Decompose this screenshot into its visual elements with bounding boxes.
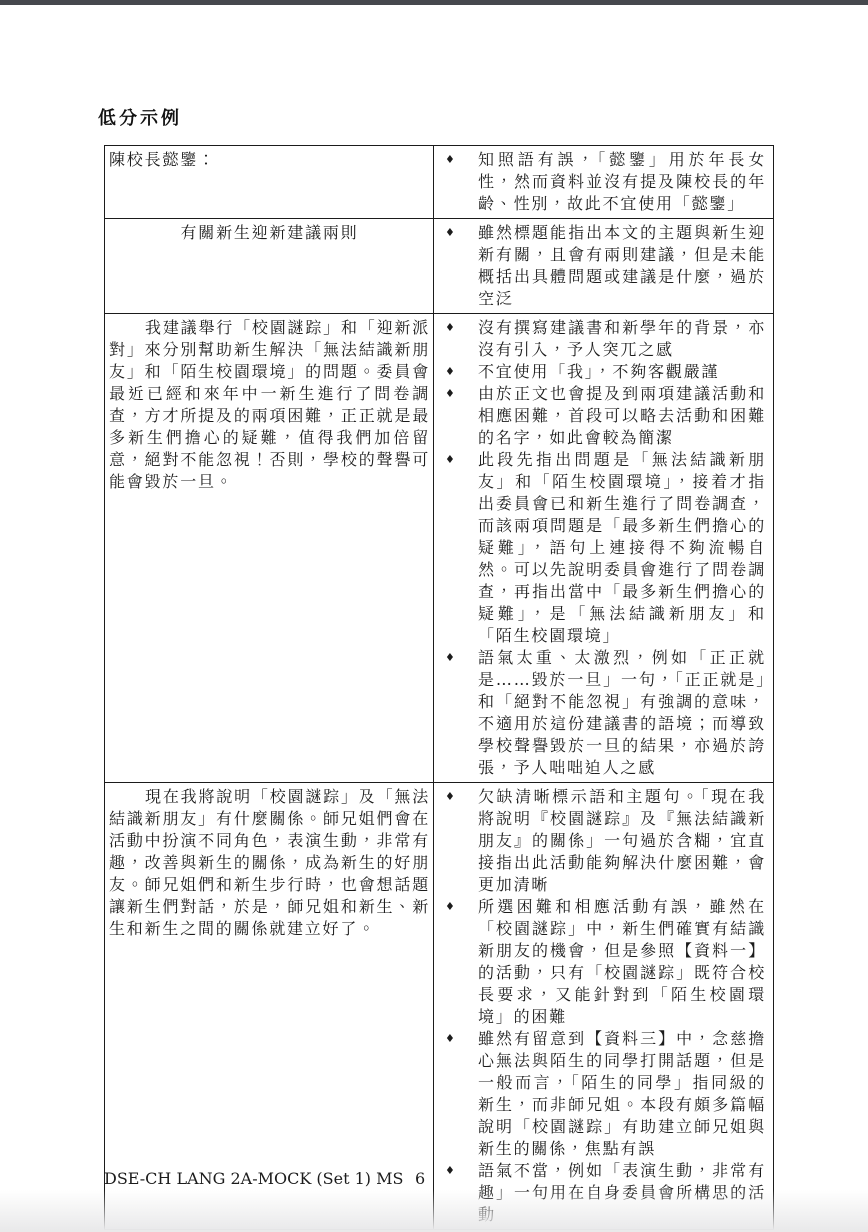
bullet-diamond-icon: ♦: [445, 149, 455, 171]
comment-text: 雖然標題能指出本文的主題與新生迎新有關，且會有兩則建議，但是未能概括出具體問題或…: [478, 223, 766, 308]
bullet-diamond-icon: ♦: [445, 1028, 455, 1050]
bullet-diamond-icon: ♦: [445, 317, 455, 339]
comment-text: 語氣不當，例如「表演生動，非常有趣」一句用在自身委員會所構思的活動: [478, 1161, 766, 1224]
comment-cell: ♦ 知照語有誤，「懿鑒」用於年長女性，然而資料並沒有提及陳校長的年齡、性別，故此…: [434, 146, 774, 219]
table-row: 現在我將說明「校園謎踪」及「無法結識新朋友」有什麼關係。師兄姐們會在活動中扮演不…: [105, 783, 774, 1230]
comment-item: ♦ 所選困難和相應活動有誤，雖然在「校園謎踪」中，新生們確實有結識新朋友的機會，…: [434, 896, 773, 1028]
bullet-diamond-icon: ♦: [445, 383, 455, 405]
document-page: { "page": { "title": "低分示例", "footer": {…: [0, 0, 868, 1232]
sample-cell: 現在我將說明「校園謎踪」及「無法結識新朋友」有什麼關係。師兄姐們會在活動中扮演不…: [105, 783, 434, 1230]
footer-doc-code: DSE-CH LANG 2A-MOCK (Set 1) MS: [104, 1169, 403, 1188]
comment-item: ♦ 由於正文也會提及到兩項建議活動和相應困難，首段可以略去活動和困難的名字，如此…: [434, 383, 773, 449]
sample-cell: 我建議舉行「校園謎踪」和「迎新派對」來分別幫助新生解決「無法結識新朋友」和「陌生…: [105, 314, 434, 783]
table-row: 陳校長懿鑒： ♦ 知照語有誤，「懿鑒」用於年長女性，然而資料並沒有提及陳校長的年…: [105, 146, 774, 219]
comment-text: 此段先指出問題是「無法結識新朋友」和「陌生校園環境」，接着才指出委員會已和新生進…: [478, 450, 766, 645]
sample-text: 我建議舉行「校園謎踪」和「迎新派對」來分別幫助新生解決「無法結識新朋友」和「陌生…: [109, 317, 430, 493]
table-row: 我建議舉行「校園謎踪」和「迎新派對」來分別幫助新生解決「無法結識新朋友」和「陌生…: [105, 314, 774, 783]
sample-text: 有關新生迎新建議兩則: [109, 222, 430, 244]
comment-text: 不宜使用「我」，不夠客觀嚴謹: [478, 362, 719, 381]
sample-text: 陳校長懿鑒：: [109, 149, 430, 171]
comment-item: ♦ 此段先指出問題是「無法結識新朋友」和「陌生校園環境」，接着才指出委員會已和新…: [434, 449, 773, 647]
bullet-diamond-icon: ♦: [445, 896, 455, 918]
bullet-diamond-icon: ♦: [445, 361, 455, 383]
bullet-diamond-icon: ♦: [445, 786, 455, 808]
comment-item: ♦ 沒有撰寫建議書和新學年的背景，亦沒有引入，予人突兀之感: [434, 317, 773, 361]
comment-list: ♦ 沒有撰寫建議書和新學年的背景，亦沒有引入，予人突兀之感 ♦ 不宜使用「我」，…: [434, 317, 773, 779]
comment-list: ♦ 知照語有誤，「懿鑒」用於年長女性，然而資料並沒有提及陳校長的年齡、性別，故此…: [434, 149, 773, 215]
footer-page-number: 6: [415, 1169, 425, 1188]
comment-item: ♦ 知照語有誤，「懿鑒」用於年長女性，然而資料並沒有提及陳校長的年齡、性別，故此…: [434, 149, 773, 215]
comment-text: 雖然有留意到【資料三】中，念慈擔心無法與陌生的同學打開話題，但是一般而言，「陌生…: [478, 1029, 766, 1158]
comment-text: 欠缺清晰標示語和主題句。「現在我將說明『校園謎踪』及『無法結識新朋友』的關係」一…: [478, 787, 766, 894]
comment-item: ♦ 雖然有留意到【資料三】中，念慈擔心無法與陌生的同學打開話題，但是一般而言，「…: [434, 1028, 773, 1160]
comment-item: ♦ 語氣不當，例如「表演生動，非常有趣」一句用在自身委員會所構思的活動: [434, 1160, 773, 1226]
bullet-diamond-icon: ♦: [445, 647, 455, 669]
low-score-example-table: 陳校長懿鑒： ♦ 知照語有誤，「懿鑒」用於年長女性，然而資料並沒有提及陳校長的年…: [104, 145, 774, 1230]
bullet-diamond-icon: ♦: [445, 1160, 455, 1182]
sample-cell: 有關新生迎新建議兩則: [105, 219, 434, 314]
comment-cell: ♦ 雖然標題能指出本文的主題與新生迎新有關，且會有兩則建議，但是未能概括出具體問…: [434, 219, 774, 314]
comment-cell: ♦ 沒有撰寫建議書和新學年的背景，亦沒有引入，予人突兀之感 ♦ 不宜使用「我」，…: [434, 314, 774, 783]
comment-text: 知照語有誤，「懿鑒」用於年長女性，然而資料並沒有提及陳校長的年齡、性別，故此不宜…: [478, 150, 766, 213]
comment-cell: ♦ 欠缺清晰標示語和主題句。「現在我將說明『校園謎踪』及『無法結識新朋友』的關係…: [434, 783, 774, 1230]
comment-item: ♦ 語氣太重、太激烈，例如「正正就是……毀於一旦」一句，「正正就是」和「絕對不能…: [434, 647, 773, 779]
comment-text: 沒有撰寫建議書和新學年的背景，亦沒有引入，予人突兀之感: [478, 318, 766, 359]
comment-item: ♦ 欠缺清晰標示語和主題句。「現在我將說明『校園謎踪』及『無法結識新朋友』的關係…: [434, 786, 773, 896]
comment-text: 所選困難和相應活動有誤，雖然在「校園謎踪」中，新生們確實有結識新朋友的機會，但是…: [478, 897, 766, 1026]
sample-cell: 陳校長懿鑒：: [105, 146, 434, 219]
bullet-diamond-icon: ♦: [445, 449, 455, 471]
comment-list: ♦ 欠缺清晰標示語和主題句。「現在我將說明『校園謎踪』及『無法結識新朋友』的關係…: [434, 786, 773, 1226]
sample-text: 現在我將說明「校園謎踪」及「無法結識新朋友」有什麼關係。師兄姐們會在活動中扮演不…: [109, 786, 430, 940]
comment-item: ♦ 雖然標題能指出本文的主題與新生迎新有關，且會有兩則建議，但是未能概括出具體問…: [434, 222, 773, 310]
comment-text: 語氣太重、太激烈，例如「正正就是……毀於一旦」一句，「正正就是」和「絕對不能忽視…: [478, 648, 766, 777]
comment-list: ♦ 雖然標題能指出本文的主題與新生迎新有關，且會有兩則建議，但是未能概括出具體問…: [434, 222, 773, 310]
comment-text: 由於正文也會提及到兩項建議活動和相應困難，首段可以略去活動和困難的名字，如此會較…: [478, 384, 766, 447]
page-title: 低分示例: [98, 104, 182, 130]
comment-item: ♦ 不宜使用「我」，不夠客觀嚴謹: [434, 361, 773, 383]
window-top-edge: [0, 0, 868, 5]
table-row: 有關新生迎新建議兩則 ♦ 雖然標題能指出本文的主題與新生迎新有關，且會有兩則建議…: [105, 219, 774, 314]
bullet-diamond-icon: ♦: [445, 222, 455, 244]
